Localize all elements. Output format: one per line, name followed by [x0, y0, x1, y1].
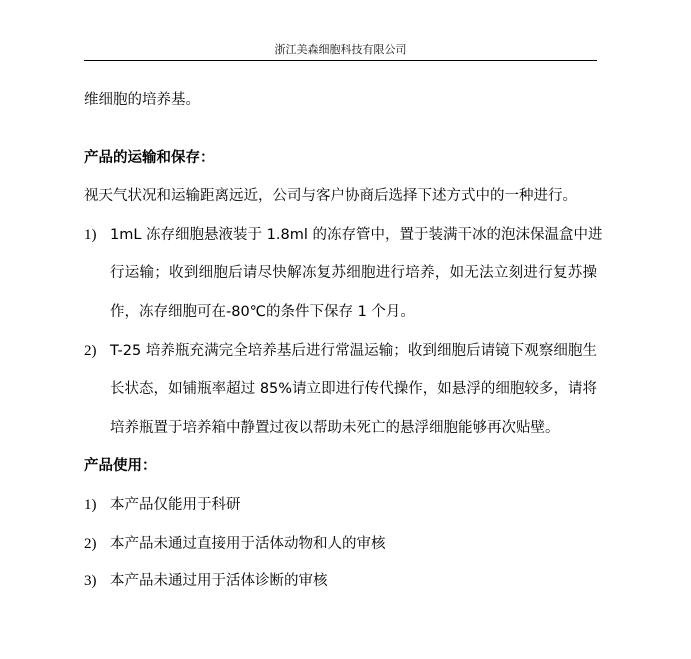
list-text-line: 行运输；收到细胞后请尽快解冻复苏细胞进行培养，如无法立刻进行复苏操: [110, 263, 597, 283]
list-number: 2): [84, 534, 97, 554]
list-text-line: 本产品未通过直接用于活体动物和人的审核: [110, 534, 597, 554]
transport-section-intro: 视天气状况和运输距离远近，公司与客户协商后选择下述方式中的一种进行。: [84, 186, 597, 206]
transport-section-heading: 产品的运输和保存：: [84, 148, 597, 168]
list-number: 1): [84, 495, 97, 515]
list-number: 2): [84, 341, 97, 361]
list-number: 3): [84, 571, 97, 591]
list-text-line: 长状态，如铺瓶率超过 85%请立即进行传代操作，如悬浮的细胞较多，请将: [110, 379, 597, 399]
list-text-line: T-25 培养瓶充满完全培养基后进行常温运输；收到细胞后请镜下观察细胞生: [110, 341, 597, 361]
intro-tail-text: 维细胞的培养基。: [84, 90, 597, 110]
list-number: 1): [84, 225, 97, 245]
page-header-company: 浙江美森细胞科技有限公司: [84, 43, 597, 57]
list-text-line: 作，冻存细胞可在-80℃的条件下保存 1 个月。: [110, 302, 597, 322]
list-text-line: 培养瓶置于培养箱中静置过夜以帮助未死亡的悬浮细胞能够再次贴壁。: [110, 418, 597, 438]
header-divider: [84, 60, 597, 61]
usage-section-heading: 产品使用：: [84, 456, 597, 476]
list-text-line: 本产品未通过用于活体诊断的审核: [110, 571, 597, 591]
list-text-line: 本产品仅能用于科研: [110, 495, 597, 515]
list-text-line: 1mL 冻存细胞悬液装于 1.8ml 的冻存管中，置于装满干冰的泡沫保温盒中进: [110, 225, 597, 245]
